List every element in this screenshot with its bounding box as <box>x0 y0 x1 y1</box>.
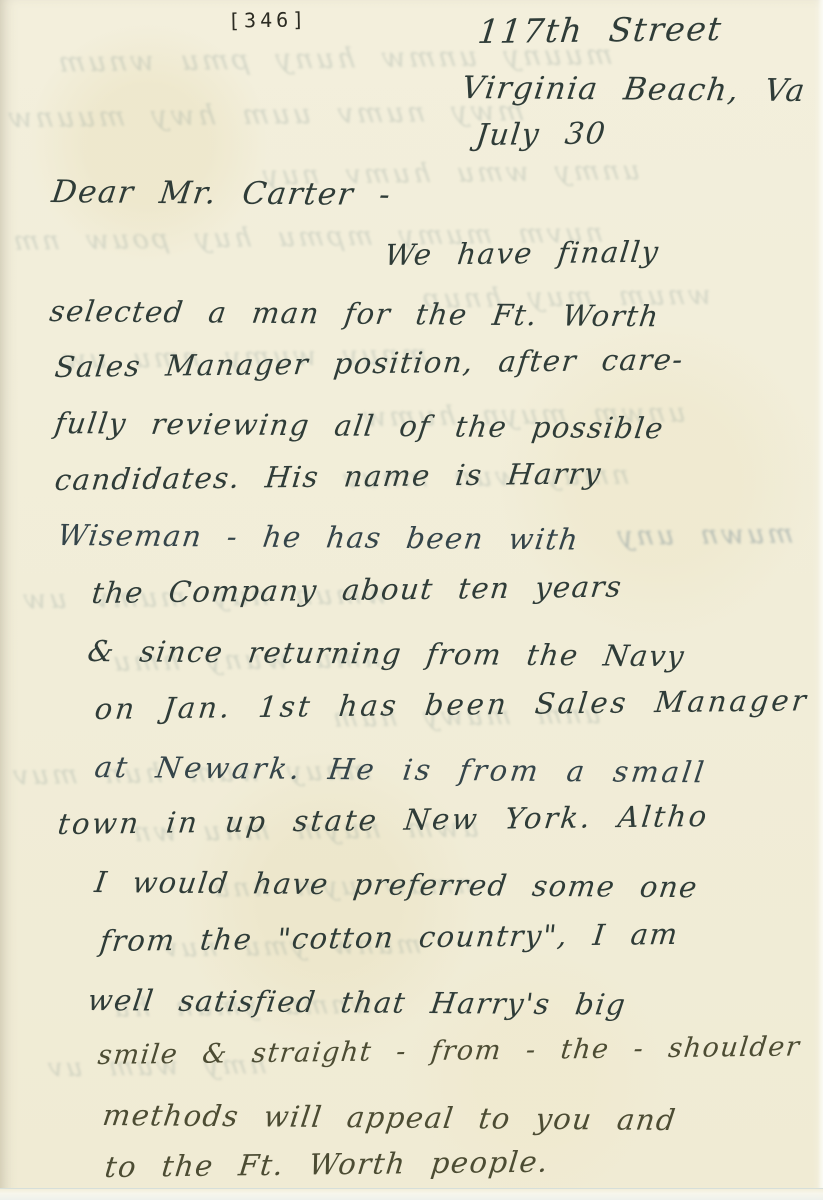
body-line: Sales Manager position, after care- <box>53 342 686 384</box>
bleed-through-line: muwn uny <box>613 519 795 552</box>
scan-bottom-edge <box>0 1188 823 1200</box>
body-line: on Jan. 1st has been Sales Manager <box>93 683 810 726</box>
body-line: methods will appeal to you and <box>101 1098 679 1137</box>
body-line: selected a man for the Ft. Worth <box>48 294 662 333</box>
archival-number: [346] <box>228 7 309 32</box>
body-line: the Company about ten years <box>90 570 624 610</box>
body-line: fully reviewing all of the possible <box>53 406 667 445</box>
body-line: Wiseman - he has been with <box>56 518 582 557</box>
body-line: candidates. His name is Harry <box>53 456 604 497</box>
body-line: to the Ft. Worth people. <box>103 1145 551 1184</box>
body-line: smile & straight - from - the - shoulder <box>96 1031 802 1071</box>
body-line: & since returning from the Navy <box>86 634 687 673</box>
body-line: from the "cotton country", I am <box>98 917 680 958</box>
scan-right-edge <box>818 0 823 1200</box>
address-line: 117th Street <box>476 9 725 51</box>
body-line: I would have preferred some one <box>93 865 700 904</box>
date-line: July 30 <box>474 116 608 153</box>
city-line: Virginia Beach, Va <box>460 70 809 109</box>
body-line: We have finally <box>383 235 661 272</box>
body-line: town in up state New York. Altho <box>56 799 711 841</box>
salutation: Dear Mr. Carter - <box>50 174 394 213</box>
letter-page: muuny unmw huny pmu wnum mwy numv uum hw… <box>0 0 823 1200</box>
body-line: well satisfied that Harry's big <box>86 983 629 1022</box>
bleed-through-line: mwy numv uum hwy muunw <box>3 94 526 134</box>
body-line: at Newark. He is from a small <box>93 750 709 789</box>
